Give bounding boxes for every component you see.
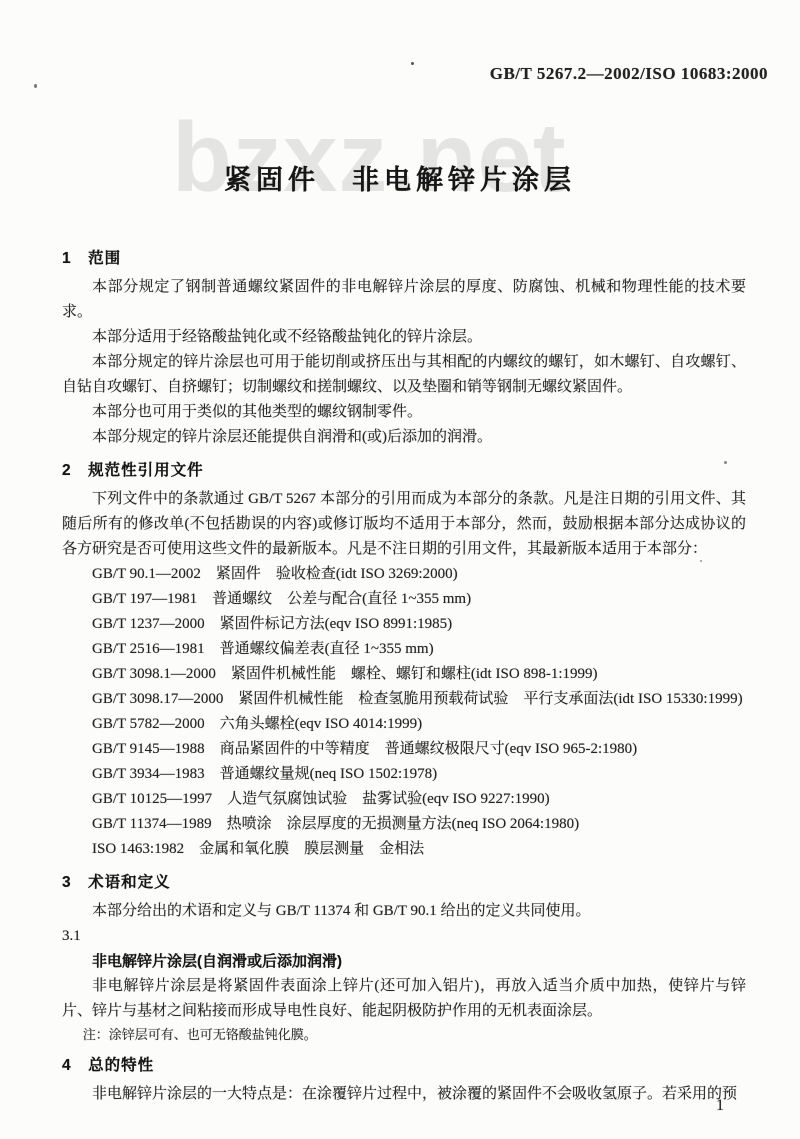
scan-speck (34, 84, 37, 88)
section-1-paragraph: 本部分适用于经铬酸盐钝化或不经铬酸盐钝化的锌片涂层。 (62, 325, 746, 350)
term-definition-title: 非电解锌片涂层(自润滑或后添加润滑) (62, 949, 746, 974)
normative-reference: GB/T 197—1981 普通螺纹 公差与配合(直径 1~355 mm) (62, 587, 746, 612)
definition-note: 注：涂锌层可有、也可无铬酸盐钝化膜。 (62, 1024, 746, 1045)
normative-reference: GB/T 3098.1—2000 紧固件机械性能 螺栓、螺钉和螺柱(idt IS… (62, 662, 746, 687)
document-title: 紧固件 非电解锌片涂层 (0, 158, 800, 197)
normative-reference: GB/T 5782—2000 六角头螺栓(eqv ISO 4014:1999) (62, 712, 746, 737)
normative-reference: GB/T 9145—1988 商品紧固件的中等精度 普通螺纹极限尺寸(eqv I… (62, 737, 746, 762)
section-3-heading: 3 术语和定义 (62, 870, 746, 895)
standard-code: GB/T 5267.2—2002/ISO 10683:2000 (490, 64, 768, 84)
document-body: 1 范围 本部分规定了钢制普通螺纹紧固件的非电解锌片涂层的厚度、防腐蚀、机械和物… (62, 246, 746, 1107)
normative-reference: GB/T 10125—1997 人造气氛腐蚀试验 盐雾试验(eqv ISO 92… (62, 787, 746, 812)
normative-reference: GB/T 90.1—2002 紧固件 验收检查(idt ISO 3269:200… (62, 562, 746, 587)
section-2-intro: 下列文件中的条款通过 GB/T 5267 本部分的引用而成为本部分的条款。凡是注… (62, 487, 746, 562)
section-4-paragraph: 非电解锌片涂层的一大特点是：在涂覆锌片过程中，被涂覆的紧固件不会吸收氢原子。若采… (62, 1082, 746, 1107)
section-1-paragraph: 本部分规定的锌片涂层也可用于能切削或挤压出与其相配的内螺纹的螺钉，如木螺钉、自攻… (62, 350, 746, 400)
normative-reference: GB/T 3098.17—2000 紧固件机械性能 检查氢脆用预载荷试验 平行支… (62, 687, 746, 712)
normative-reference: GB/T 1237—2000 紧固件标记方法(eqv ISO 8991:1985… (62, 612, 746, 637)
section-1-paragraph: 本部分规定了钢制普通螺纹紧固件的非电解锌片涂层的厚度、防腐蚀、机械和物理性能的技… (62, 275, 746, 325)
page-number: 1 (716, 1097, 724, 1115)
section-1-paragraph: 本部分也可用于类似的其他类型的螺纹钢制零件。 (62, 400, 746, 425)
normative-reference: GB/T 3934—1983 普通螺纹量规(neq ISO 1502:1978) (62, 762, 746, 787)
normative-reference: GB/T 11374—1989 热喷涂 涂层厚度的无损测量方法(neq ISO … (62, 812, 746, 837)
section-2-heading: 2 规范性引用文件 (62, 458, 746, 483)
normative-reference: GB/T 2516—1981 普通螺纹偏差表(直径 1~355 mm) (62, 637, 746, 662)
section-3-paragraph: 本部分给出的术语和定义与 GB/T 11374 和 GB/T 90.1 给出的定… (62, 899, 746, 924)
section-1-paragraph: 本部分规定的锌片涂层还能提供自润滑和(或)后添加的润滑。 (62, 425, 746, 450)
section-4-heading: 4 总的特性 (62, 1053, 746, 1078)
scan-speck (411, 62, 414, 65)
term-definition-body: 非电解锌片涂层是将紧固件表面涂上锌片(还可加入铝片)，再放入适当介质中加热，使锌… (62, 974, 746, 1024)
document-page: GB/T 5267.2—2002/ISO 10683:2000 bzxz.net… (0, 0, 800, 1139)
section-1-heading: 1 范围 (62, 246, 746, 271)
title-band: bzxz.net 紧固件 非电解锌片涂层 (0, 100, 800, 220)
clause-3-1-number: 3.1 (62, 924, 746, 949)
normative-reference: ISO 1463:1982 金属和氧化膜 膜层测量 金相法 (62, 837, 746, 862)
